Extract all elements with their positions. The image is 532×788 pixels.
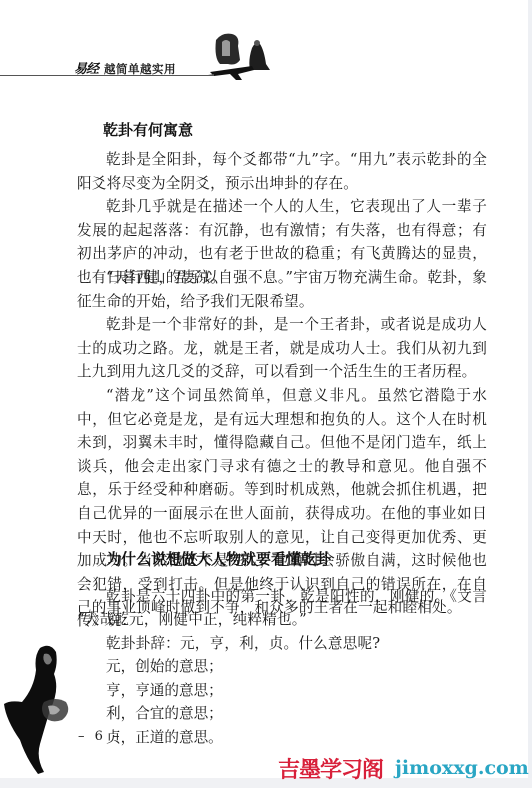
list-item: 亨，亨通的意思；: [106, 679, 223, 703]
paragraph: 乾卦卦辞：元，亨，利，贞。什么意思呢?: [77, 632, 487, 656]
quote-line: “大哉乾元，刚健中正，纯粹精也。”: [77, 608, 487, 632]
paragraph: 乾卦是一个非常好的卦，是一个王者卦，或者说是成功人士的成功之路。龙，就是王者，就…: [77, 313, 487, 384]
watermark-domain: jimoxxg.com: [395, 757, 529, 779]
sages-illustration-icon: [208, 30, 274, 82]
section-title-1: 乾卦有何寓意: [103, 119, 193, 140]
section-title-2: 为什么说想做大人物就要看懂乾卦: [106, 548, 331, 569]
book-subtitle: 越简单越实用: [104, 61, 176, 77]
paragraph: 乾卦是全阳卦，每个爻都带“九”字。“用九”表示乾卦的全阳爻将尽变为全阴爻，预示出…: [77, 148, 487, 195]
list-item: 利，合宜的意思；: [106, 702, 223, 726]
book-logo: 易经: [74, 58, 98, 77]
paragraph: “天行健，君子以自强不息。”宇宙万物充满生命。乾卦，象征生命的开始，给予我们无限…: [77, 266, 487, 313]
page-edge: [528, 0, 532, 778]
list-item: 贞，正道的意思。: [106, 726, 223, 750]
running-header: 易经 越简单越实用: [74, 61, 176, 77]
dragon-figure-illustration-icon: [0, 640, 80, 780]
list-item: 元，创始的意思；: [106, 655, 223, 679]
page-number: – 6 –: [78, 729, 123, 744]
site-watermark: 吉墨学习阁 jimoxxg.com: [278, 755, 529, 781]
watermark-chinese: 吉墨学习阁: [278, 753, 383, 784]
